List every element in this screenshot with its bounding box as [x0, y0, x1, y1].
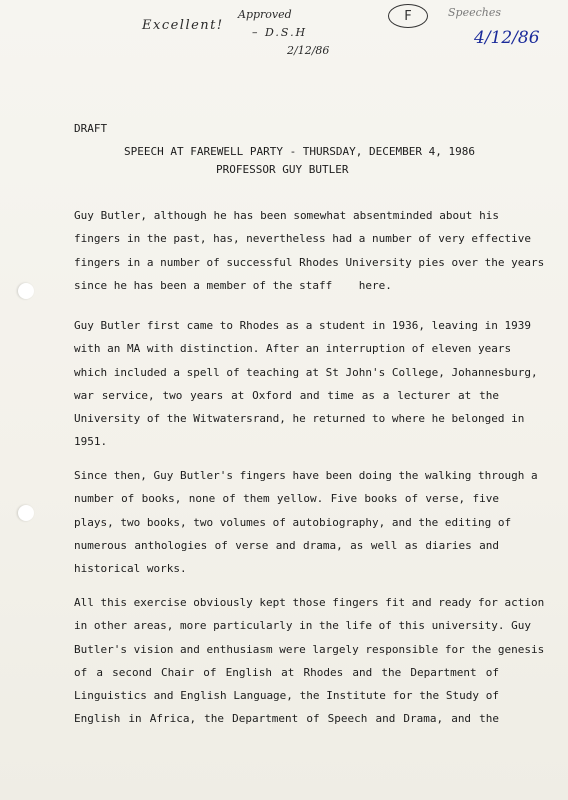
document-page: Excellent! Approved – D.S.H 2/12/86 F Sp… — [0, 0, 568, 800]
text-line: English in Africa, the Department of Spe… — [74, 707, 499, 730]
text-line: number of books, none of them yellow. Fi… — [74, 487, 499, 510]
text-line: of a second Chair of English at Rhodes a… — [74, 661, 499, 684]
text-line: historical works. — [74, 557, 499, 580]
text-line: plays, two books, two volumes of autobio… — [74, 511, 499, 534]
document-subtitle: PROFESSOR GUY BUTLER — [216, 158, 348, 181]
circled-letter: F — [404, 9, 411, 24]
text-line: 1951. — [74, 430, 499, 453]
handwritten-date-blue: 4/12/86 — [474, 28, 540, 48]
text-line: All this exercise obviously kept those f… — [74, 591, 499, 614]
paragraph-2: Guy Butler first came to Rhodes as a stu… — [74, 314, 499, 454]
handwritten-category: Speeches — [448, 6, 501, 19]
text-line: Butler's vision and enthusiasm were larg… — [74, 638, 499, 661]
text-line: Since then, Guy Butler's fingers have be… — [74, 464, 499, 487]
paragraph-4: All this exercise obviously kept those f… — [74, 591, 499, 731]
handwritten-initials: – D.S.H — [252, 26, 307, 39]
paragraph-1: Guy Butler, although he has been somewha… — [74, 204, 499, 297]
text-line: in other areas, more particularly in the… — [74, 614, 499, 637]
text-line: with an MA with distinction. After an in… — [74, 337, 499, 360]
text-line: numerous anthologies of verse and drama,… — [74, 534, 499, 557]
punch-hole-icon — [18, 283, 34, 299]
text-line: fingers in the past, has, nevertheless h… — [74, 227, 499, 250]
text-line: Guy Butler, although he has been somewha… — [74, 204, 499, 227]
text-line: fingers in a number of successful Rhodes… — [74, 251, 499, 274]
text-line: which included a spell of teaching at St… — [74, 361, 499, 384]
draft-label: DRAFT — [74, 117, 107, 140]
circled-letter-mark: F — [388, 4, 428, 28]
text-line: Guy Butler first came to Rhodes as a stu… — [74, 314, 499, 337]
text-line: since he has been a member of the staff … — [74, 274, 499, 297]
punch-hole-icon — [18, 505, 34, 521]
paragraph-3: Since then, Guy Butler's fingers have be… — [74, 464, 499, 580]
text-line: Linguistics and English Language, the In… — [74, 684, 499, 707]
handwritten-excellent: Excellent! — [142, 18, 224, 33]
text-line: war service, two years at Oxford and tim… — [74, 384, 499, 407]
text-line: University of the Witwatersrand, he retu… — [74, 407, 499, 430]
handwritten-date: 2/12/86 — [287, 44, 329, 57]
handwritten-approved: Approved — [238, 8, 292, 21]
